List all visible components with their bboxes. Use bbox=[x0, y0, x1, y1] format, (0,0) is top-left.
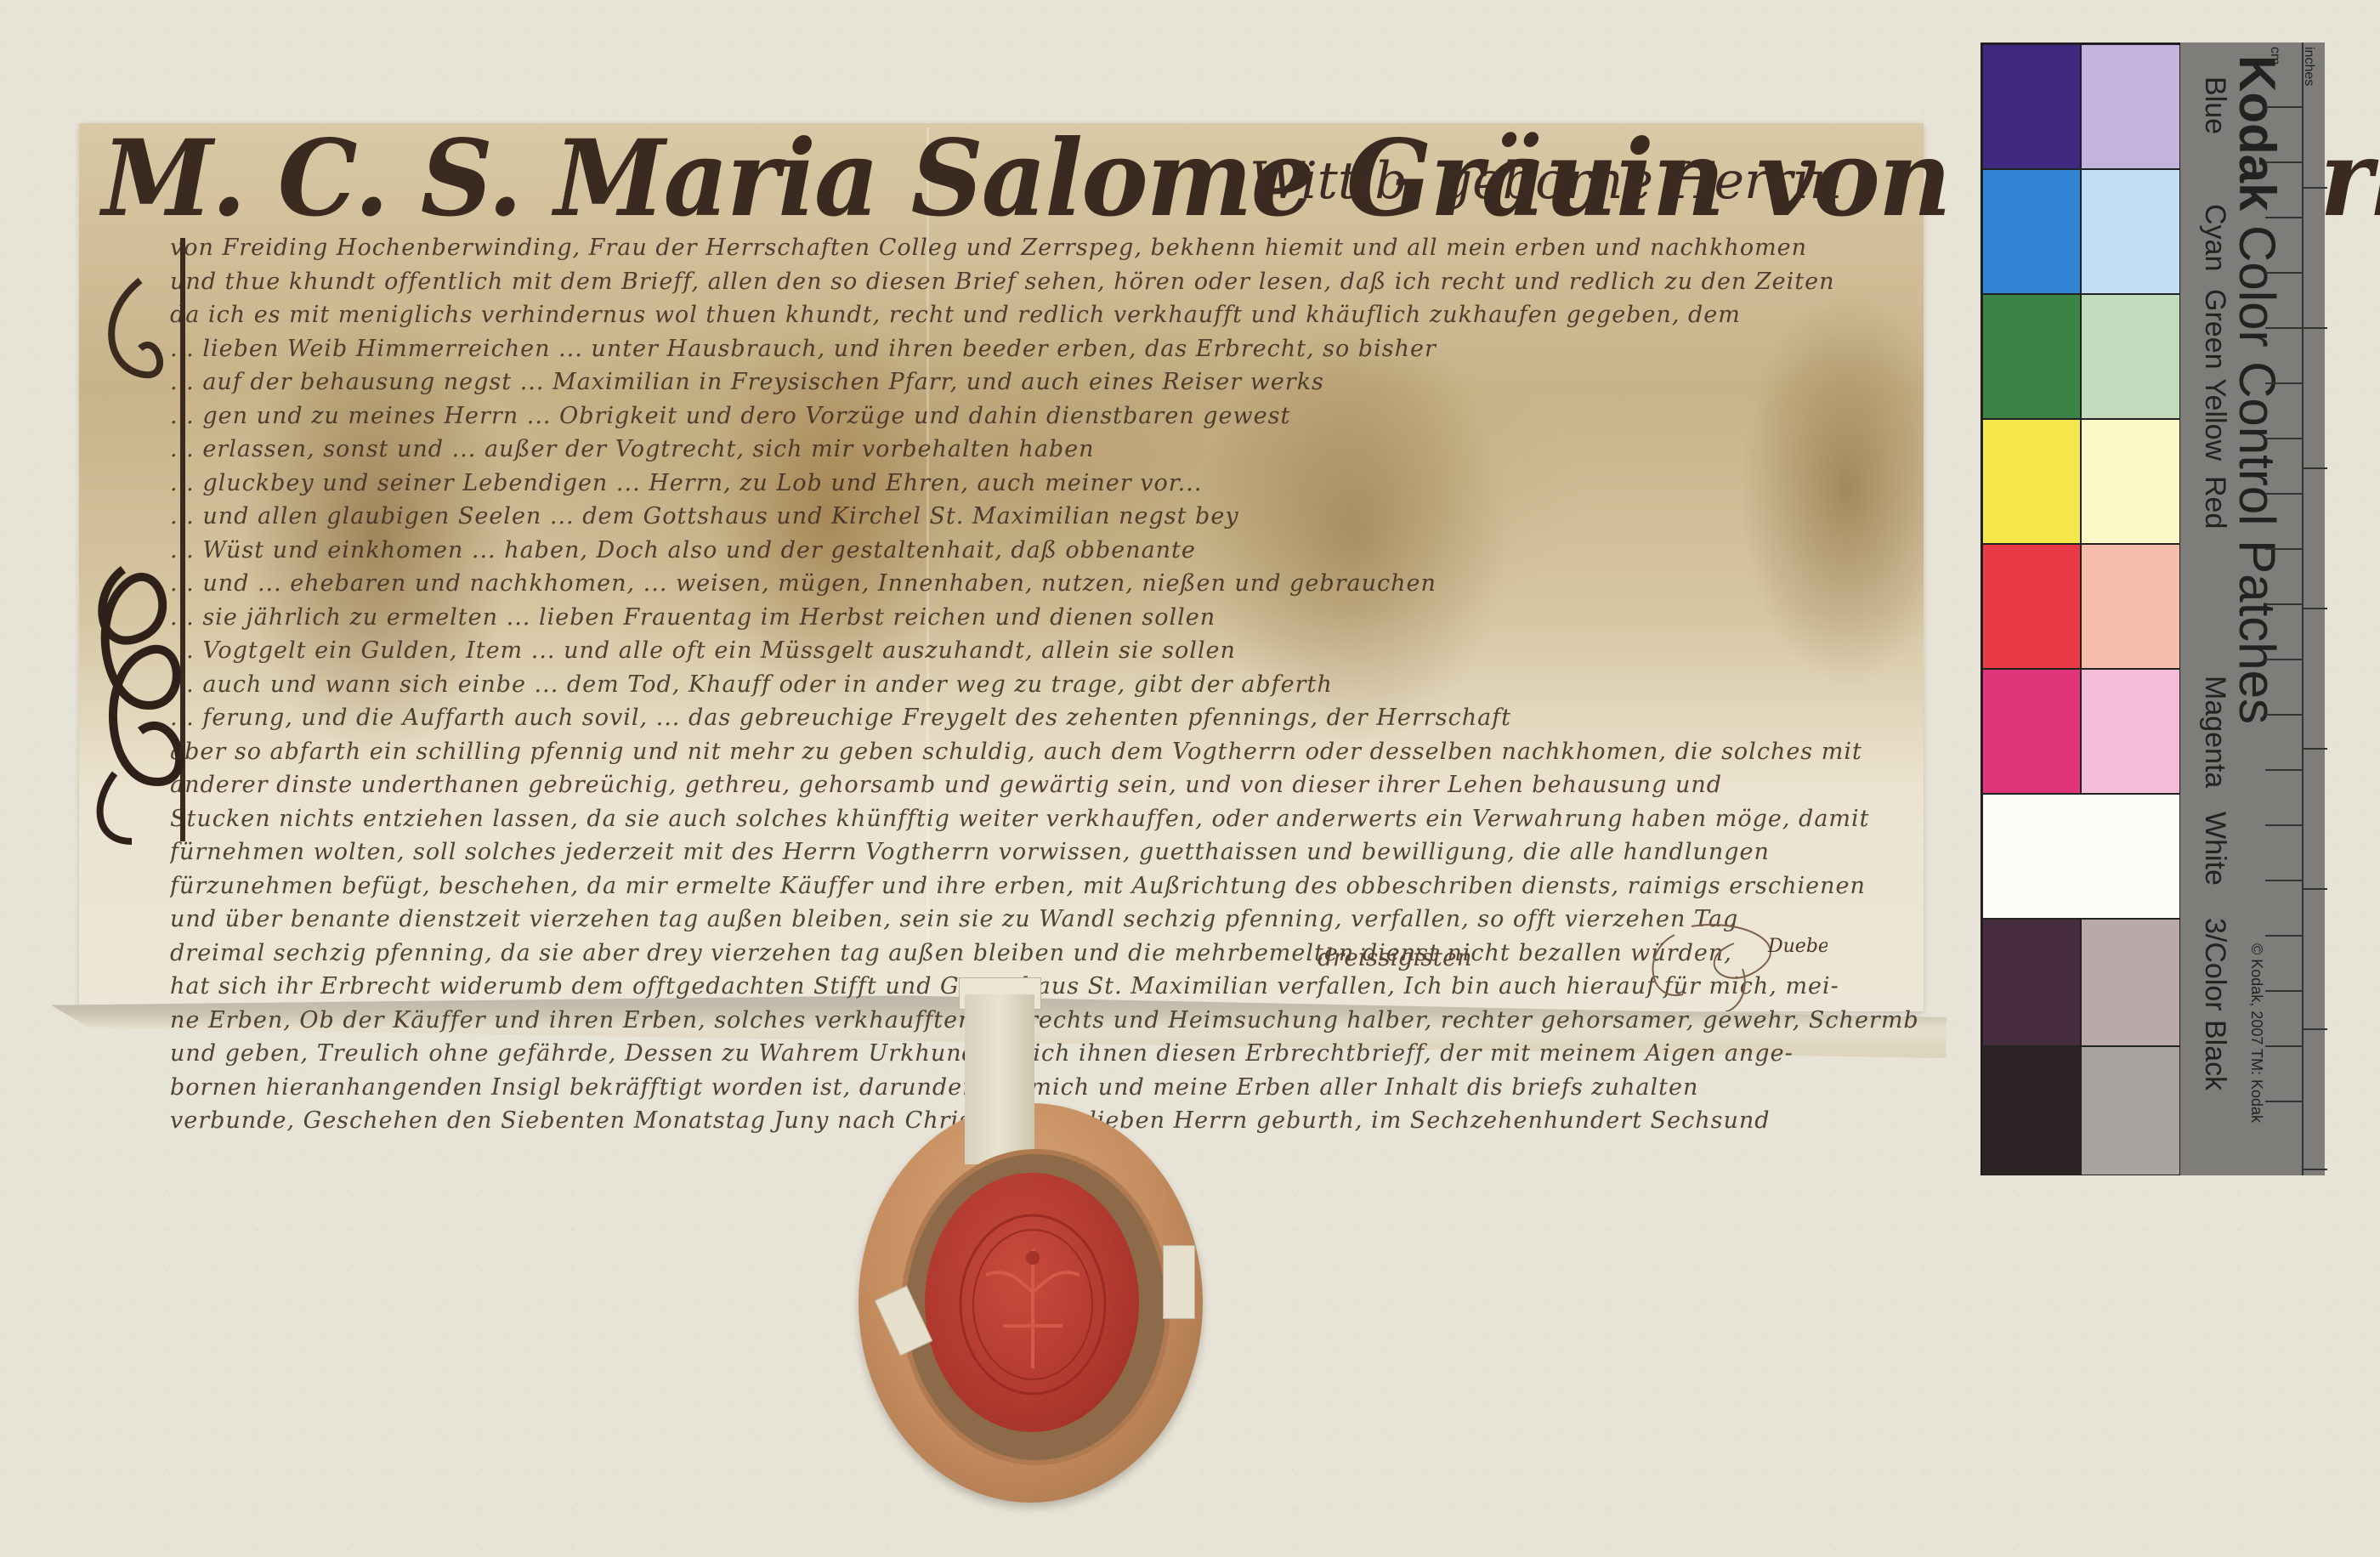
cm-tick bbox=[2265, 161, 2303, 163]
patch-white bbox=[1982, 794, 2180, 919]
kodak-title-text: Color Control Patches bbox=[2229, 225, 2286, 724]
text-line: ... auch und wann sich einbe ... dem Tod… bbox=[170, 668, 1921, 702]
cm-tick bbox=[2265, 548, 2303, 550]
patch-red-light bbox=[2081, 544, 2180, 669]
text-line: ... erlassen, sonst und ... außer der Vo… bbox=[170, 433, 1921, 467]
text-line: bornen hieranhangenden Insigl bekräfftig… bbox=[170, 1071, 1921, 1105]
cm-tick bbox=[2265, 272, 2303, 274]
label-green: Green bbox=[2198, 289, 2231, 370]
inch-tick bbox=[2302, 327, 2327, 329]
patch-yellow-dark bbox=[1982, 419, 2081, 544]
inch-tick bbox=[2302, 1169, 2327, 1170]
text-line: ... sie jährlich zu ermelten ... lieben … bbox=[170, 601, 1921, 635]
label-3color: 3/Color bbox=[2198, 918, 2231, 1011]
text-line: ... ferung, und die Auffarth auch sovil,… bbox=[170, 701, 1921, 735]
label-white: White bbox=[2198, 812, 2231, 886]
seal-clip-right bbox=[1163, 1245, 1195, 1319]
inch-tick bbox=[2302, 467, 2327, 469]
label-red: Red bbox=[2198, 476, 2231, 529]
patch-green-light bbox=[2081, 294, 2180, 419]
cm-tick bbox=[2265, 714, 2303, 716]
patch-green-dark bbox=[1982, 294, 2081, 419]
cm-tick bbox=[2265, 659, 2303, 660]
cm-tick bbox=[2265, 327, 2303, 329]
label-yellow: Yellow bbox=[2198, 378, 2231, 461]
inch-unit-label: inches bbox=[2301, 47, 2316, 86]
text-line: fürnehmen wolten, soll solches jederzeit… bbox=[170, 835, 1921, 869]
cm-tick bbox=[2265, 990, 2303, 992]
text-line: ... gluckbey und seiner Lebendigen ... H… bbox=[170, 467, 1921, 501]
text-line: und geben, Treulich ohne gefährde, Desse… bbox=[170, 1037, 1921, 1071]
text-line: da ich es mit meniglichs verhindernus wo… bbox=[170, 298, 1921, 332]
text-line: ... und allen glaubigen Seelen ... dem G… bbox=[170, 500, 1921, 534]
inch-tick bbox=[2302, 888, 2327, 890]
label-blue: Blue bbox=[2198, 76, 2231, 134]
patch-black-light bbox=[2081, 1046, 2180, 1175]
cm-tick bbox=[2265, 493, 2303, 495]
inch-tick bbox=[2302, 748, 2327, 750]
text-line: ... lieben Weib Himmerreichen ... unter … bbox=[170, 332, 1921, 366]
patch-yellow-light bbox=[2081, 419, 2180, 544]
text-line: ... auf der behausung negst ... Maximili… bbox=[170, 365, 1921, 399]
label-magenta: Magenta bbox=[2198, 676, 2231, 788]
patch-red-dark bbox=[1982, 544, 2081, 669]
signature-flourish-icon: Dueber bbox=[1640, 918, 1827, 1011]
seal-parchment-tag bbox=[965, 994, 1034, 1164]
text-line: Stucken nichts entziehen lassen, da sie … bbox=[170, 802, 1921, 836]
inch-tick bbox=[2302, 608, 2327, 609]
cm-unit-label: cm bbox=[2267, 47, 2282, 65]
text-line: ... gen und zu meines Herrn ... Obrigkei… bbox=[170, 399, 1921, 433]
text-line: ... Vogtgelt ein Gulden, Item ... und al… bbox=[170, 634, 1921, 668]
cm-tick bbox=[2265, 769, 2303, 771]
patch-blue-light bbox=[2081, 44, 2180, 169]
text-line: von Freiding Hochenberwinding, Frau der … bbox=[170, 231, 1921, 265]
cm-tick bbox=[2265, 106, 2303, 108]
label-cyan: Cyan bbox=[2198, 204, 2231, 271]
text-line: ... und ... ehebaren und nachkhomen, ...… bbox=[170, 567, 1921, 601]
text-line: ... Wüst und einkhomen ... haben, Doch a… bbox=[170, 534, 1921, 568]
closing-word: dreissigisten bbox=[1317, 943, 1472, 971]
patch-cyan-dark bbox=[1982, 169, 2081, 294]
cm-tick bbox=[2265, 1101, 2303, 1102]
kodak-brand: Kodak bbox=[2229, 55, 2286, 211]
cm-tick bbox=[2265, 1045, 2303, 1047]
kodak-title: Kodak Color Control Patches bbox=[2228, 55, 2286, 724]
text-line: aber so abfarth ein schilling pfennig un… bbox=[170, 735, 1921, 769]
text-line: und thue khundt offentlich mit dem Brief… bbox=[170, 265, 1921, 299]
inch-tick bbox=[2302, 1028, 2327, 1030]
cm-tick bbox=[2265, 217, 2303, 218]
cm-tick bbox=[2265, 824, 2303, 826]
cm-tick bbox=[2265, 603, 2303, 605]
cm-tick bbox=[2265, 382, 2303, 384]
patch-blue-dark bbox=[1982, 44, 2081, 169]
patch-cyan-light bbox=[2081, 169, 2180, 294]
patch-black-dark bbox=[1982, 1046, 2081, 1175]
svg-text:Dueber: Dueber bbox=[1767, 936, 1827, 957]
patch-3color-dark bbox=[1982, 919, 2081, 1046]
cm-tick bbox=[2265, 438, 2303, 439]
seal-eagle-icon bbox=[952, 1207, 1113, 1402]
patch-3color-light bbox=[2081, 919, 2180, 1046]
patch-magenta-dark bbox=[1982, 669, 2081, 794]
kodak-copyright: © Kodak, 2007 TM: Kodak bbox=[2247, 943, 2265, 1123]
patch-magenta-light bbox=[2081, 669, 2180, 794]
kodak-ruler: Kodak Color Control Patches Blue Cyan Gr… bbox=[2180, 42, 2325, 1175]
charter-heading-suffix: Wittib, geborne Herrin bbox=[1249, 151, 1842, 211]
label-black: Black bbox=[2198, 1020, 2231, 1090]
inch-tick bbox=[2302, 187, 2327, 189]
text-line: anderer dinste underthanen gebreüchig, g… bbox=[170, 768, 1921, 802]
cm-tick bbox=[2265, 880, 2303, 881]
text-line: fürzunehmen befügt, beschehen, da mir er… bbox=[170, 869, 1921, 903]
cm-tick bbox=[2265, 935, 2303, 937]
